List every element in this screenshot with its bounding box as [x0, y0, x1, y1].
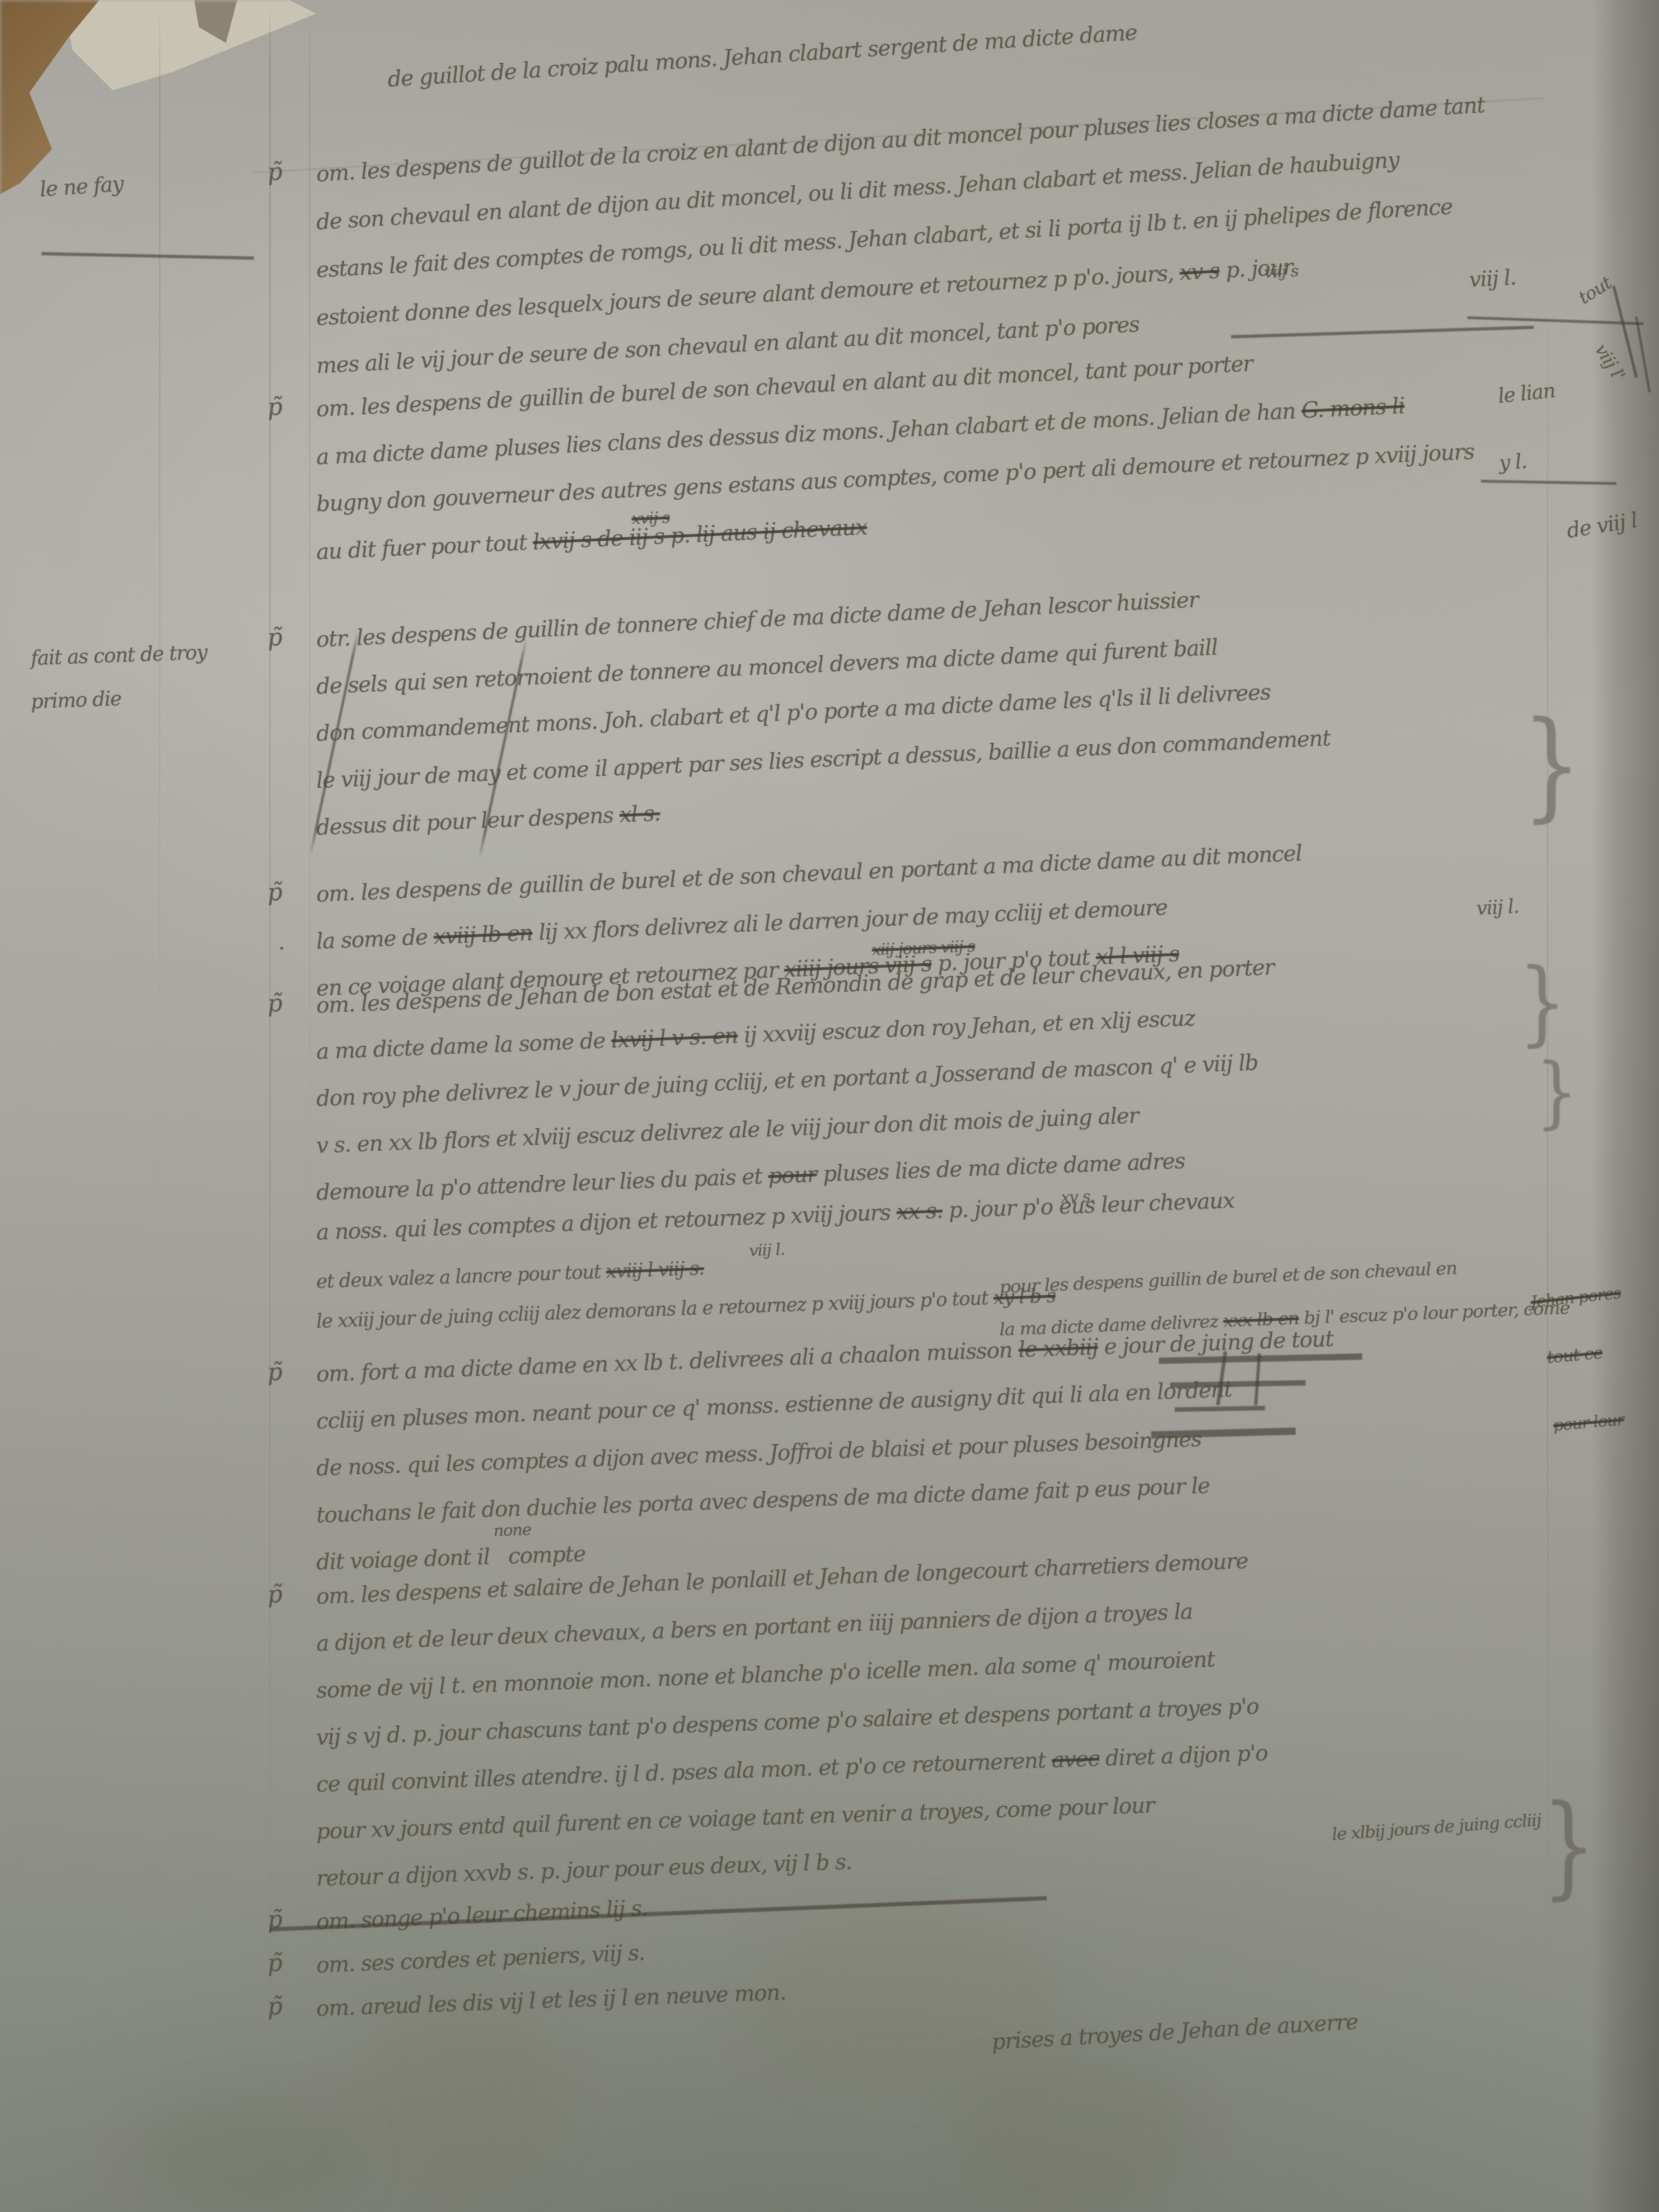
manuscript-page: le ne fay fait as cont de troy primo die… — [0, 0, 1659, 2212]
entry-6-line-2: ccliij en pluses mon. neant pour ce q' m… — [316, 1377, 1233, 1434]
ruled-line-mark-column-2 — [309, 0, 310, 2212]
bracket-brace: } — [1522, 695, 1582, 834]
entry-4-line-2: la some de xviij lb en lij xx flors deli… — [316, 895, 1168, 954]
stain — [958, 2060, 1193, 2209]
audit-strike — [1231, 326, 1534, 338]
bracket-brace: } — [1542, 1781, 1596, 1911]
interlinear-date-note: le xlbij jours de juing ccliij — [1331, 1810, 1541, 1844]
margin-note-left-line2: primo die — [30, 687, 122, 713]
entry-7-line-6: pour xv jours entd quil furent en ce voi… — [316, 1793, 1154, 1844]
stain — [136, 2096, 361, 2212]
continuation-line: de guillot de la croiz palu mons. Jehan … — [387, 20, 1138, 92]
entry-7-line-7: retour a dijon xxvb s. p. jour pour eus … — [316, 1849, 852, 1891]
leader-dot: · — [278, 936, 285, 961]
paragraph-mark: p̃ — [267, 879, 282, 906]
paragraph-mark: p̃ — [267, 624, 282, 651]
paragraph-mark: p̃ — [267, 393, 283, 421]
entry-6-line-3: de noss. qui les comptes a dijon avec me… — [316, 1426, 1202, 1481]
entry-5-line-8: le xxiij jour de juing ccliij alez demor… — [316, 1284, 1056, 1332]
interlinear-insertion: none — [493, 1520, 531, 1540]
heavy-strike-scribble — [1175, 1406, 1265, 1412]
entry-7-line-4: vij s vj d. p. jour chascuns tant p'o de… — [316, 1694, 1259, 1750]
entry-7-line-2: a dijon et de leur deux chevaux, a bers … — [316, 1599, 1193, 1656]
stain — [745, 1916, 1062, 2087]
entry-7-line-3: some de vij l t. en monnoie mon. none et… — [316, 1647, 1215, 1703]
interlinear-note: viij l. — [1476, 895, 1519, 919]
interlinear-correction: viij l. — [749, 1240, 785, 1260]
stain — [352, 2001, 560, 2191]
entry-6-line-4: touchans le fait don duchie les porta av… — [316, 1473, 1210, 1528]
paragraph-mark: p̃ — [267, 1581, 282, 1608]
entry-7-line-5: ce quil convint illes atendre. ij l d. p… — [316, 1740, 1268, 1797]
paragraph-mark: p̃ — [267, 1950, 282, 1977]
paragraph-mark: p̃ — [267, 990, 282, 1017]
entry-5-line-2: a ma dicte dame la some de lxvij l v s. … — [316, 1005, 1195, 1064]
bracket-brace: } — [1535, 1047, 1578, 1137]
margin-note-left-line1: fait as cont de troy — [30, 641, 207, 670]
margin-amount-cancelled: y l. — [1498, 450, 1527, 475]
entry-5-line-3: don roy phe delivrez le v jour de juing … — [316, 1050, 1258, 1111]
ruled-line-mark-column-1 — [269, 0, 271, 2212]
margin-note-cancelled: le ne fay — [39, 171, 124, 202]
entry-5-line-7: et deux valez a lancre pour tout xviij l… — [316, 1257, 704, 1293]
paragraph-mark: p̃ — [267, 1993, 282, 2020]
margin-amount-note: viij l. — [1469, 265, 1517, 292]
paragraph-mark: p̃ — [267, 158, 282, 186]
paragraph-mark: p̃ — [267, 1359, 282, 1386]
entry-9-line-1: om. ses cordes et peniers, viij s. — [316, 1940, 645, 1978]
ruled-line-left-margin — [159, 0, 160, 2212]
entry-10-line-1: om. areud les dis vij l et les ij l en n… — [316, 1980, 786, 2021]
margin-note-strike — [42, 252, 254, 260]
entry-5-insert-right-1: pour les despens guillin de burel et de … — [999, 1258, 1457, 1298]
entry-5-line-4: v s. en xx lb flors et xlviij escuz deli… — [316, 1103, 1139, 1158]
bracket-brace: } — [1518, 949, 1567, 1056]
entry-6-line-1: om. fort a ma dicte dame en xx lb t. del… — [316, 1326, 1334, 1387]
entry-6-line-5: dit voiage dont il compte — [316, 1541, 586, 1575]
entry-2-line-4: au dit fuer pour tout lxvij s de iij s p… — [316, 515, 867, 565]
